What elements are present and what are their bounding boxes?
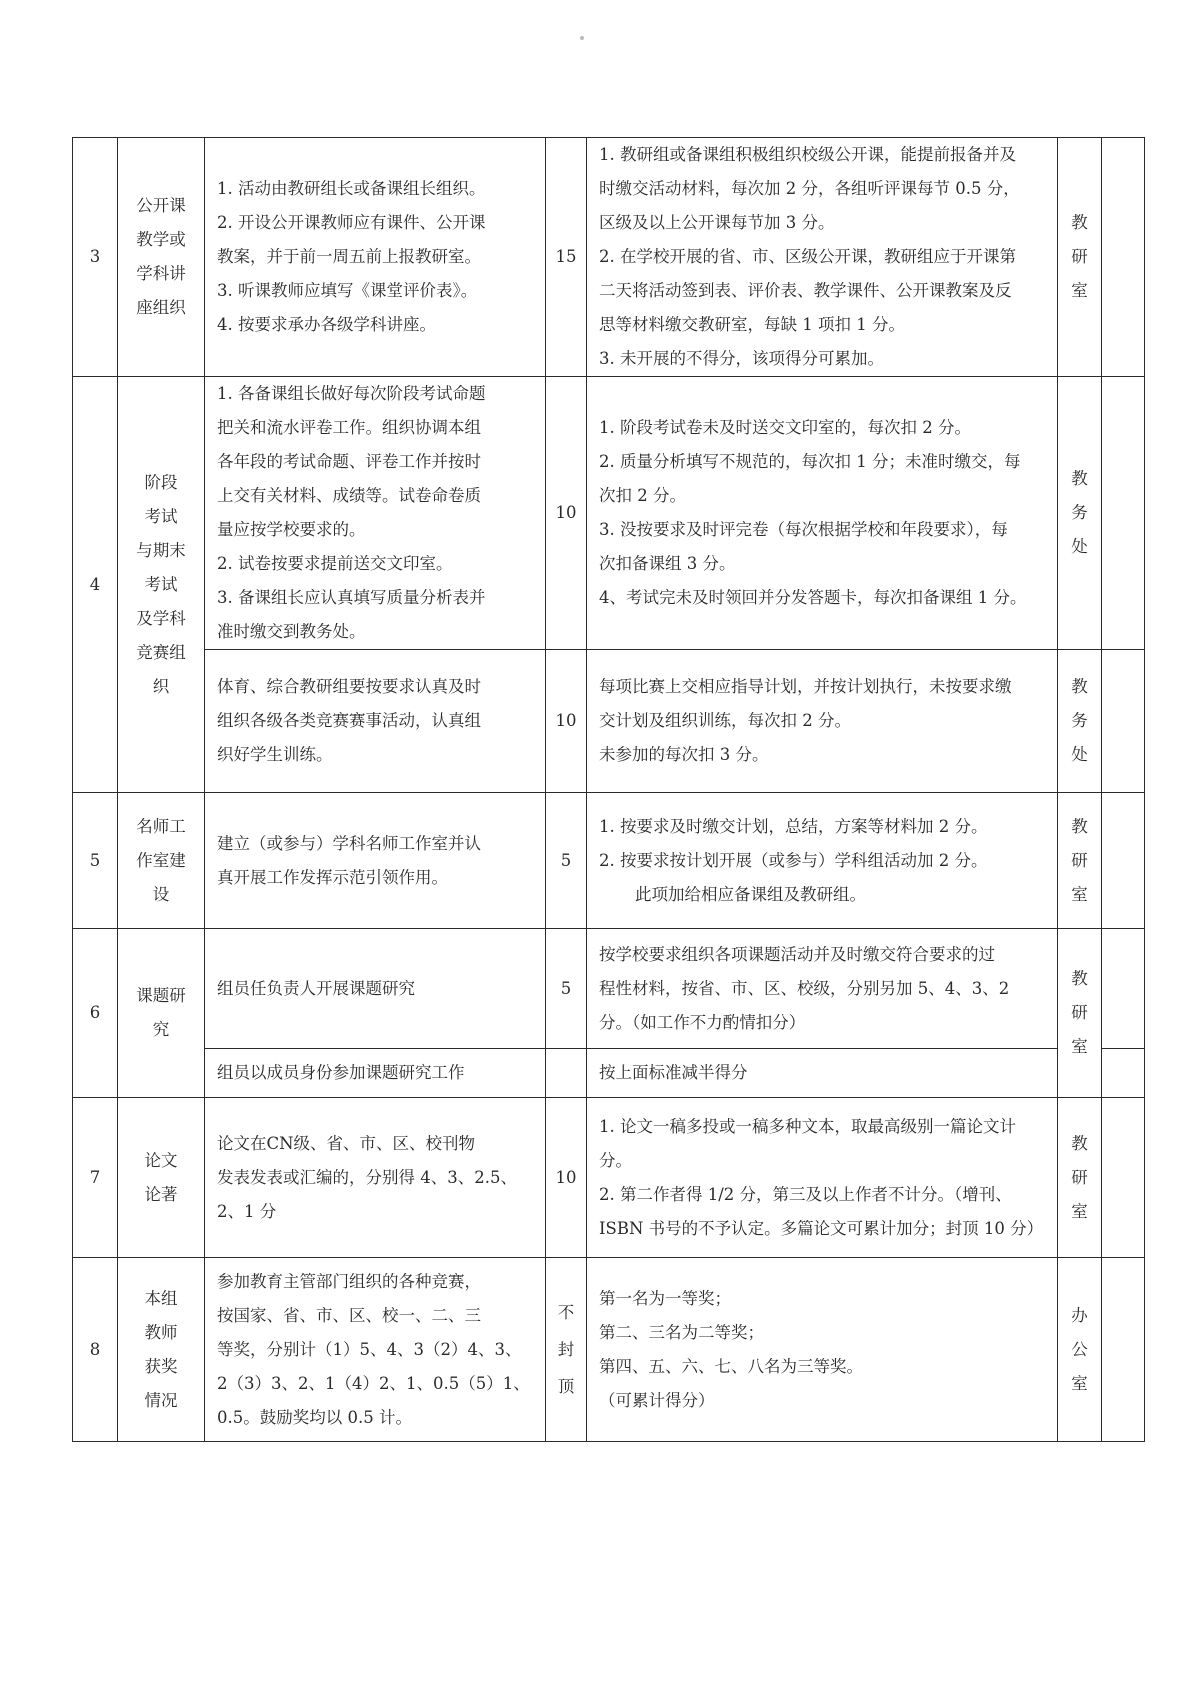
score-cell: 不 封 顶	[546, 1258, 587, 1442]
item-name: 名师工 作室建 设	[118, 793, 205, 929]
department-cell: 教 研 室	[1058, 929, 1102, 1098]
table-row: 体育、综合教研组要按要求认真及时 组织各级各类竞赛赛事活动，认真组 织好学生训练…	[73, 650, 1145, 793]
requirements-cell: 组员以成员身份参加课题研究工作	[205, 1049, 546, 1098]
blank-score-cell	[1102, 929, 1145, 1049]
criteria-cell: 1. 按要求及时缴交计划，总结，方案等材料加 2 分。 2. 按要求按计划开展（…	[587, 793, 1058, 929]
row-number: 3	[73, 138, 118, 377]
blank-score-cell	[1102, 793, 1145, 929]
score-cell	[546, 1049, 587, 1098]
requirements-cell: 组员任负责人开展课题研究	[205, 929, 546, 1049]
score-cell: 10	[546, 1098, 587, 1258]
blank-score-cell	[1102, 1258, 1145, 1442]
criteria-cell: 1. 论文一稿多投或一稿多种文本，取最高级别一篇论文计 分。 2. 第二作者得 …	[587, 1098, 1058, 1258]
department-cell: 教 务 处	[1058, 377, 1102, 650]
criteria-cell: 按学校要求组织各项课题活动并及时缴交符合要求的过 程性材料，按省、市、区、校级，…	[587, 929, 1058, 1049]
score-cell: 10	[546, 377, 587, 650]
table-row: 3 公开课 教学或 学科讲 座组织 1. 活动由教研组长或备课组长组织。 2. …	[73, 138, 1145, 377]
requirements-cell: 建立（或参与）学科名师工作室并认 真开展工作发挥示范引领作用。	[205, 793, 546, 929]
criteria-cell: 1. 阶段考试卷未及时送交文印室的，每次扣 2 分。 2. 质量分析填写不规范的…	[587, 377, 1058, 650]
blank-score-cell	[1102, 1098, 1145, 1258]
table-row: 组员以成员身份参加课题研究工作 按上面标准减半得分	[73, 1049, 1145, 1098]
score-cell: 10	[546, 650, 587, 793]
criteria-cell: 1. 教研组或备课组积极组织校级公开课，能提前报备并及 时缴交活动材料，每次加 …	[587, 138, 1058, 377]
blank-score-cell	[1102, 138, 1145, 377]
item-name: 本组 教师 获奖 情况	[118, 1258, 205, 1442]
department-cell: 教 务 处	[1058, 650, 1102, 793]
table-row: 8 本组 教师 获奖 情况 参加教育主管部门组织的各种竞赛， 按国家、省、市、区…	[73, 1258, 1145, 1442]
blank-score-cell	[1102, 1049, 1145, 1098]
table-row: 4 阶段 考试 与期末 考试 及学科 竞赛组 织 1. 各备课组长做好每次阶段考…	[73, 377, 1145, 650]
requirements-cell: 1. 各备课组长做好每次阶段考试命题 把关和流水评卷工作。组织协调本组 各年段的…	[205, 377, 546, 650]
criteria-cell: 按上面标准减半得分	[587, 1049, 1058, 1098]
row-number: 6	[73, 929, 118, 1098]
scan-speck	[580, 36, 584, 40]
criteria-cell: 第一名为一等奖； 第二、三名为二等奖； 第四、五、六、七、八名为三等奖。 （可累…	[587, 1258, 1058, 1442]
evaluation-table: 3 公开课 教学或 学科讲 座组织 1. 活动由教研组长或备课组长组织。 2. …	[72, 137, 1145, 1442]
criteria-cell: 每项比赛上交相应指导计划，并按计划执行，未按要求缴 交计划及组织训练，每次扣 2…	[587, 650, 1058, 793]
item-name: 论文 论著	[118, 1098, 205, 1258]
item-name: 课题研 究	[118, 929, 205, 1098]
row-number: 8	[73, 1258, 118, 1442]
requirements-cell: 1. 活动由教研组长或备课组长组织。 2. 开设公开课教师应有课件、公开课 教案…	[205, 138, 546, 377]
row-number: 5	[73, 793, 118, 929]
item-name: 公开课 教学或 学科讲 座组织	[118, 138, 205, 377]
requirements-cell: 体育、综合教研组要按要求认真及时 组织各级各类竞赛赛事活动，认真组 织好学生训练…	[205, 650, 546, 793]
department-cell: 教 研 室	[1058, 1098, 1102, 1258]
department-cell: 教 研 室	[1058, 138, 1102, 377]
row-number: 4	[73, 377, 118, 793]
blank-score-cell	[1102, 650, 1145, 793]
score-cell: 15	[546, 138, 587, 377]
table-row: 6 课题研 究 组员任负责人开展课题研究 5 按学校要求组织各项课题活动并及时缴…	[73, 929, 1145, 1049]
table-row: 5 名师工 作室建 设 建立（或参与）学科名师工作室并认 真开展工作发挥示范引领…	[73, 793, 1145, 929]
row-number: 7	[73, 1098, 118, 1258]
table-row: 7 论文 论著 论文在CN级、省、市、区、校刊物 发表发表或汇编的，分别得 4、…	[73, 1098, 1145, 1258]
blank-score-cell	[1102, 377, 1145, 650]
item-name: 阶段 考试 与期末 考试 及学科 竞赛组 织	[118, 377, 205, 793]
score-cell: 5	[546, 793, 587, 929]
requirements-cell: 论文在CN级、省、市、区、校刊物 发表发表或汇编的，分别得 4、3、2.5、 2…	[205, 1098, 546, 1258]
score-cell: 5	[546, 929, 587, 1049]
requirements-cell: 参加教育主管部门组织的各种竞赛， 按国家、省、市、区、校一、二、三 等奖，分别计…	[205, 1258, 546, 1442]
department-cell: 办 公 室	[1058, 1258, 1102, 1442]
department-cell: 教 研 室	[1058, 793, 1102, 929]
